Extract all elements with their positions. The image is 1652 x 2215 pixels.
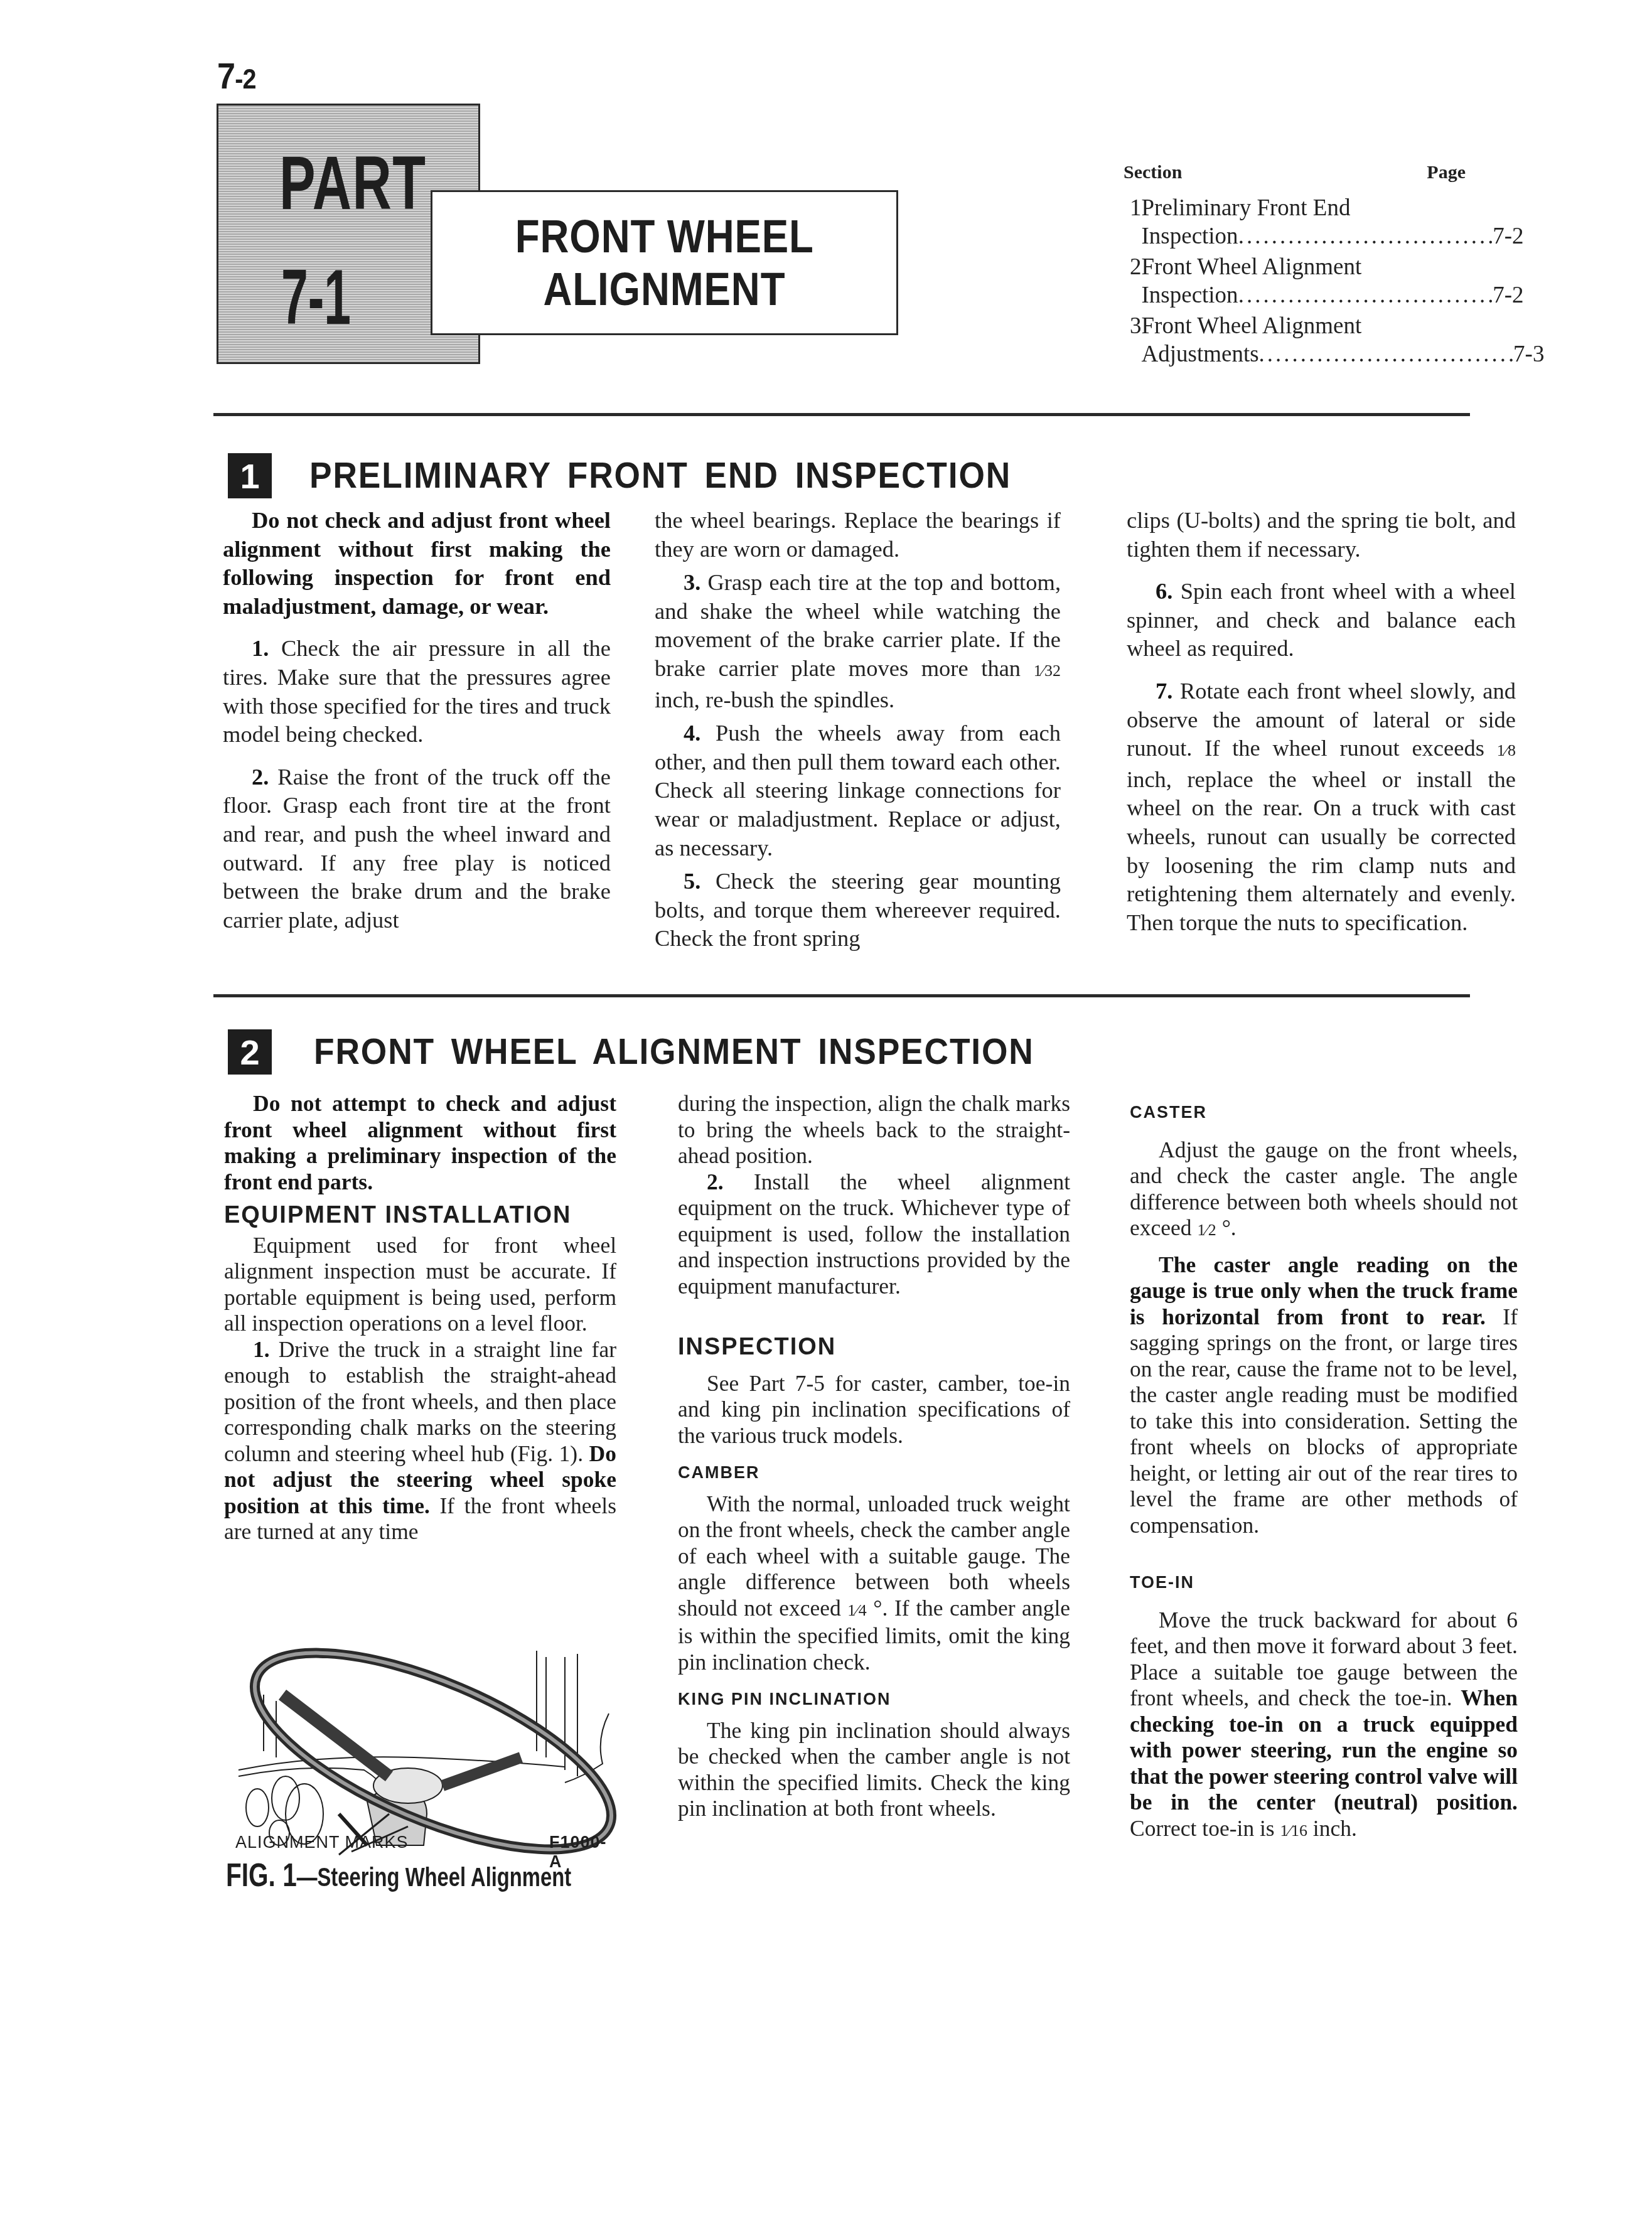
step-text: Push the wheels away from each other, an… (655, 720, 1061, 860)
paragraph: Move the truck backward for about 6 feet… (1130, 1607, 1518, 1844)
section-title: FRONT WHEEL ALIGNMENT INSPECTION (314, 1031, 1034, 1073)
step-item: 3. Grasp each tire at the top and bottom… (655, 568, 1061, 714)
section2-column1: Do not attempt to check and adjust front… (224, 1091, 616, 1545)
table-of-contents: Section Page 1 Preliminary Front End Ins… (1124, 158, 1466, 371)
toc-item-number: 2 (1124, 253, 1142, 309)
toc-item-page: 7-3 (1513, 340, 1544, 368)
step-item: 4. Push the wheels away from each other,… (655, 719, 1061, 862)
page-number: 7-2 (217, 55, 256, 97)
subheading-caster: CASTER (1130, 1100, 1518, 1126)
subheading-equipment-installation: EQUIPMENT INSTALLATION (224, 1203, 616, 1229)
part-title-line2: ALIGNMENT (543, 263, 785, 316)
intro-warning: Do not attempt to check and adjust front… (224, 1091, 616, 1194)
step-number: 7. (1156, 678, 1172, 704)
figure-callout-label: ALIGNMENT MARKS (235, 1833, 409, 1852)
step-text: Rotate each front wheel slowly, and obse… (1127, 678, 1516, 761)
step-text: Raise the front of the truck off the flo… (223, 764, 611, 933)
step-item: 6. Spin each front wheel with a wheel sp… (1127, 577, 1516, 663)
step-number: 3. (684, 569, 700, 595)
part-number: 7-1 (281, 259, 351, 336)
toc-item-title-cont: Inspection (1142, 222, 1238, 250)
toc-header: Section Page (1124, 158, 1466, 186)
step-number: 4. (684, 720, 700, 746)
paragraph-text: Adjust the gauge on the front wheels, an… (1130, 1137, 1518, 1241)
subheading-toe-in: TOE-IN (1130, 1570, 1518, 1596)
toc-item[interactable]: 2 Front Wheel Alignment Inspection......… (1124, 253, 1466, 309)
section-divider (213, 413, 1470, 416)
toc-item-page: 7-2 (1493, 222, 1523, 250)
toc-item-number: 1 (1124, 194, 1142, 250)
paragraph-text: inch. (1307, 1816, 1357, 1841)
toc-item-page: 7-2 (1493, 281, 1523, 309)
page-number-main: 7 (217, 56, 235, 97)
step-item: 7. Rotate each front wheel slowly, and o… (1127, 677, 1516, 936)
toc-leader-dots: ................................ (1238, 222, 1493, 250)
caster-warning: The caster angle reading on the gauge is… (1130, 1252, 1518, 1329)
step-text: Install the wheel alignment equipment on… (678, 1169, 1070, 1299)
step-number: 1. (252, 635, 269, 661)
section1-column3: clips (U-bolts) and the spring tie bolt,… (1127, 506, 1516, 936)
paragraph: The king pin inclination should always b… (678, 1718, 1070, 1822)
step-text: Drive the truck in a straight line far e… (224, 1337, 616, 1466)
page-number-sep: - (235, 64, 242, 95)
toc-item-title-cont: Adjustments (1142, 340, 1259, 368)
step-text: Spin each front wheel with a wheel spinn… (1127, 578, 1516, 661)
toc-leader-dots: ................................ (1259, 340, 1514, 368)
step-item: 2. Raise the front of the truck off the … (223, 763, 611, 935)
step-text: Check the air pressure in all the tires.… (223, 635, 611, 747)
subheading-inspection: INSPECTION (678, 1334, 1070, 1361)
section-divider (213, 994, 1470, 997)
fraction: 1⁄32 (1034, 662, 1061, 680)
step-item: 2. Install the wheel alignment equipment… (678, 1169, 1070, 1300)
page-number-sub: 2 (242, 64, 255, 95)
toc-item-title: Preliminary Front End (1142, 194, 1524, 222)
toc-leader-dots: ................................ (1238, 281, 1493, 309)
section1-column2: the wheel bearings. Replace the bearings… (655, 506, 1061, 953)
step-text: Grasp each tire at the top and bottom, a… (655, 569, 1061, 681)
figure-title: —Steering Wheel Alignment (297, 1862, 571, 1892)
section-badge: 2 (228, 1029, 272, 1075)
step-text: inch, re-bush the spindles. (655, 687, 894, 712)
section1-column1: Do not check and adjust front wheel alig… (223, 506, 611, 934)
subheading-king-pin-inclination: KING PIN INCLINATION (678, 1687, 1070, 1713)
step-item: 5. Check the steering gear mounting bolt… (655, 867, 1061, 953)
toc-item-title: Front Wheel Alignment (1142, 312, 1545, 340)
figure-steering-wheel: ALIGNMENT MARKS F1000-A (226, 1626, 618, 1858)
toc-item-number: 3 (1124, 312, 1142, 368)
section-title: PRELIMINARY FRONT END INSPECTION (309, 454, 1011, 496)
fraction: 1⁄4 (847, 1601, 866, 1619)
paragraph-text: If sagging springs on the front, or larg… (1130, 1304, 1518, 1538)
part-title-line1: FRONT WHEEL (515, 210, 813, 263)
step-continuation: during the inspection, align the chalk m… (678, 1091, 1070, 1169)
paragraph-text: Move the truck backward for about 6 feet… (1130, 1607, 1518, 1711)
step-text: Check the steering gear mounting bolts, … (655, 868, 1061, 951)
paragraph: Equipment used for front wheel alignment… (224, 1233, 616, 1337)
figure-caption: FIG. 1—Steering Wheel Alignment (226, 1857, 571, 1894)
step-number: 5. (684, 868, 700, 894)
toc-header-page: Page (1427, 158, 1466, 186)
fraction: 1⁄8 (1497, 741, 1516, 759)
toc-item-title-cont: Inspection (1142, 281, 1238, 309)
part-label: PART (279, 146, 427, 221)
step-item: 1. Check the air pressure in all the tir… (223, 634, 611, 748)
intro-warning: Do not check and adjust front wheel alig… (223, 507, 611, 619)
subheading-camber: CAMBER (678, 1460, 1070, 1486)
step-continuation: clips (U-bolts) and the spring tie bolt,… (1127, 506, 1516, 563)
paragraph: With the normal, unloaded truck weight o… (678, 1491, 1070, 1676)
step-number: 2. (252, 764, 269, 790)
paragraph-text: Correct toe-in is (1130, 1816, 1280, 1841)
section2-column2: during the inspection, align the chalk m… (678, 1091, 1070, 1822)
figure-number: FIG. 1 (226, 1857, 297, 1894)
fraction: 1⁄16 (1280, 1821, 1307, 1840)
paragraph: See Part 7-5 for caster, camber, toe-in … (678, 1371, 1070, 1449)
section-badge: 1 (228, 453, 272, 498)
step-text: inch, replace the wheel or install the w… (1127, 766, 1516, 935)
paragraph: The caster angle reading on the gauge is… (1130, 1252, 1518, 1539)
step-continuation: the wheel bearings. Replace the bearings… (655, 506, 1061, 563)
toc-item-title: Front Wheel Alignment (1142, 253, 1524, 281)
paragraph-text: °. (1216, 1215, 1236, 1240)
step-number: 2. (707, 1169, 724, 1194)
part-title-box: FRONT WHEEL ALIGNMENT (431, 190, 898, 335)
step-number: 6. (1156, 578, 1172, 604)
toc-item[interactable]: 1 Preliminary Front End Inspection......… (1124, 194, 1466, 250)
section2-column3: CASTER Adjust the gauge on the front whe… (1130, 1091, 1518, 1843)
step-number: 1. (253, 1337, 270, 1362)
fraction: 1⁄2 (1197, 1221, 1216, 1239)
toc-item[interactable]: 3 Front Wheel Alignment Adjustments.....… (1124, 312, 1466, 368)
paragraph: Adjust the gauge on the front wheels, an… (1130, 1137, 1518, 1243)
toc-header-section: Section (1124, 158, 1182, 186)
steering-wheel-illustration (226, 1626, 618, 1858)
step-item: 1. Drive the truck in a straight line fa… (224, 1337, 616, 1545)
